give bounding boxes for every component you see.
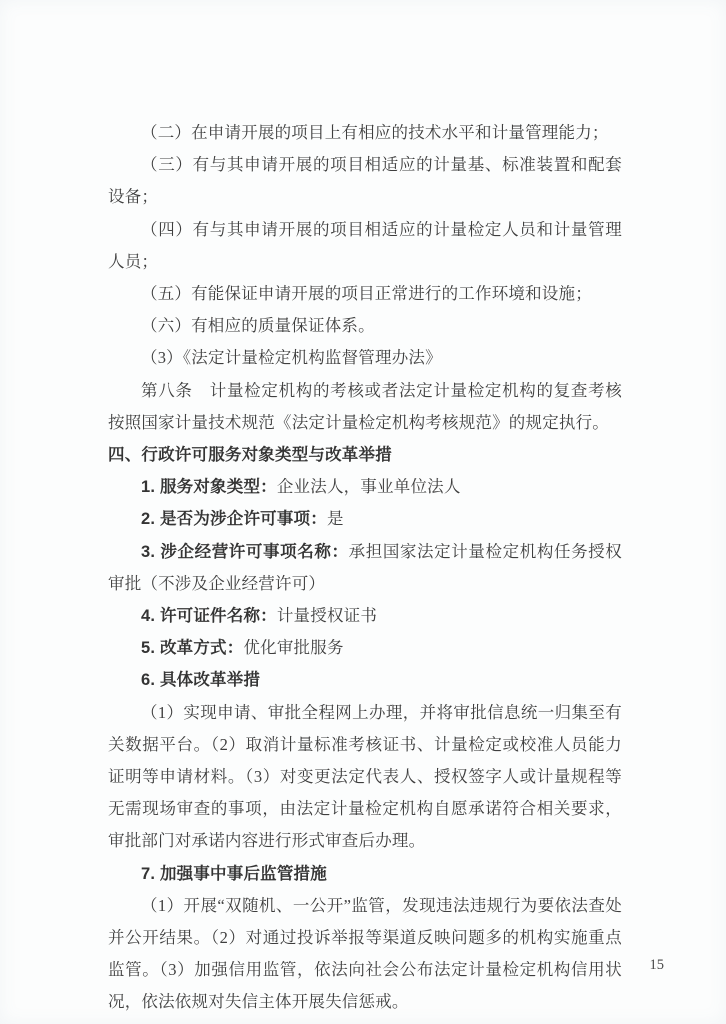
item-label: 7. 加强事中事后监管措施: [141, 865, 327, 883]
paragraph: 3. 涉企经营许可事项名称：承担国家法定计量检定机构任务授权审批（不涉及企业经营…: [108, 536, 622, 600]
paragraph: 第八条 计量检定机构的考核或者法定计量检定机构的复查考核按照国家计量技术规范《法…: [108, 375, 622, 439]
section-heading: 四、行政许可服务对象类型与改革举措: [108, 439, 622, 471]
paragraph-text: （1）开展“双随机、一公开”监管，发现违法违规行为要依法查处并公开结果。（2）对…: [108, 896, 622, 1012]
paragraph-text: 是: [327, 509, 344, 528]
page-number: 15: [650, 957, 665, 974]
paragraph: （四）有与其申请开展的项目相适应的计量检定人员和计量管理人员；: [108, 214, 622, 278]
item-label: 1. 服务对象类型：: [141, 478, 277, 496]
paragraph-text: 优化审批服务: [243, 638, 343, 657]
paragraph-text: （3）《法定计量检定机构监督管理办法》: [141, 348, 442, 367]
item-label: 4. 许可证件名称：: [141, 607, 277, 625]
paragraph: （六）有相应的质量保证体系。: [108, 310, 622, 342]
item-label: 5. 改革方式：: [141, 639, 243, 657]
paragraph-text: 第八条 计量检定机构的考核或者法定计量检定机构的复查考核按照国家计量技术规范《法…: [108, 381, 622, 432]
item-label: 2. 是否为涉企许可事项：: [141, 510, 327, 528]
paragraph: 2. 是否为涉企许可事项：是: [108, 503, 622, 535]
paragraph: 7. 加强事中事后监管措施: [108, 858, 622, 890]
paragraph: （三）有与其申请开展的项目相适应的计量基、标准装置和配套设备；: [108, 149, 622, 213]
paragraph: （五）有能保证申请开展的项目正常进行的工作环境和设施；: [108, 278, 622, 310]
paragraph: 5. 改革方式：优化审批服务: [108, 632, 622, 664]
paragraph-text: 企业法人，事业单位法人: [277, 477, 461, 496]
paragraph-text: （二）在申请开展的项目上有相应的技术水平和计量管理能力；: [141, 123, 609, 142]
document-body: （二）在申请开展的项目上有相应的技术水平和计量管理能力；（三）有与其申请开展的项…: [108, 117, 622, 1019]
paragraph-text: （三）有与其申请开展的项目相适应的计量基、标准装置和配套设备；: [108, 155, 622, 206]
paragraph-text: （五）有能保证申请开展的项目正常进行的工作环境和设施；: [141, 284, 592, 303]
paragraph: （二）在申请开展的项目上有相应的技术水平和计量管理能力；: [108, 117, 622, 149]
paragraph: （1）开展“双随机、一公开”监管，发现违法违规行为要依法查处并公开结果。（2）对…: [108, 890, 622, 1019]
paragraph: （3）《法定计量检定机构监督管理办法》: [108, 342, 622, 374]
paragraph-text: （六）有相应的质量保证体系。: [141, 316, 375, 335]
paragraph-text: 计量授权证书: [277, 606, 377, 625]
item-label: 6. 具体改革举措: [141, 671, 260, 689]
paragraph-text: （1）实现申请、审批全程网上办理，并将审批信息统一归集至有关数据平台。（2）取消…: [108, 703, 622, 851]
paragraph-text: （四）有与其申请开展的项目相适应的计量检定人员和计量管理人员；: [108, 220, 622, 271]
item-label: 3. 涉企经营许可事项名称：: [141, 543, 349, 561]
paragraph-text: 四、行政许可服务对象类型与改革举措: [108, 446, 392, 464]
document-page: （二）在申请开展的项目上有相应的技术水平和计量管理能力；（三）有与其申请开展的项…: [0, 0, 726, 1024]
paragraph: （1）实现申请、审批全程网上办理，并将审批信息统一归集至有关数据平台。（2）取消…: [108, 697, 622, 858]
paragraph: 4. 许可证件名称：计量授权证书: [108, 600, 622, 632]
paragraph: 6. 具体改革举措: [108, 664, 622, 696]
paragraph: 1. 服务对象类型：企业法人，事业单位法人: [108, 471, 622, 503]
